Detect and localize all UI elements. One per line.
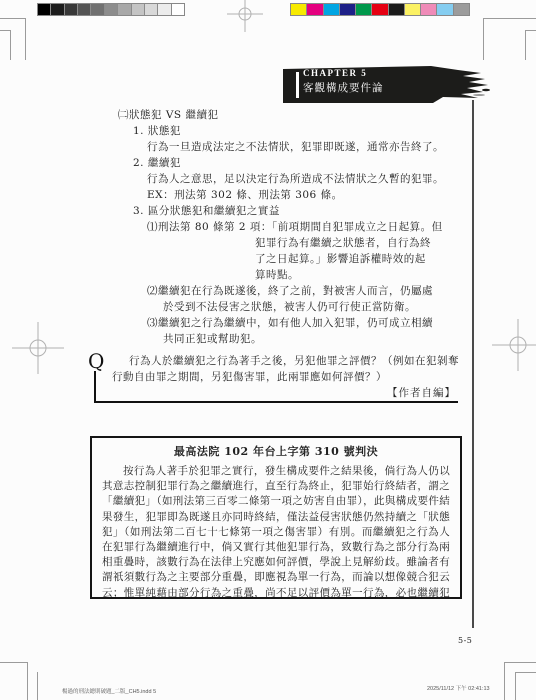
crop-mark	[37, 672, 38, 700]
banner-accent-bar	[296, 72, 299, 98]
color-swatch	[306, 4, 322, 15]
question-q-icon: Q	[88, 349, 104, 373]
outline-line: 行為一旦造成法定之不法情狀，犯罪即既遂，通常亦告終了。	[147, 139, 466, 155]
question-source: 【作者自編】	[387, 385, 456, 400]
outline-line: ㈡狀態犯 VS 繼續犯	[118, 107, 466, 123]
page-edge-rule	[472, 100, 474, 628]
color-swatch	[104, 4, 117, 15]
registration-mark-icon	[490, 317, 536, 373]
crop-mark	[25, 18, 26, 60]
outline-line: 了之日起算。」影響追訴權時效的起	[255, 251, 466, 267]
color-swatch	[453, 4, 469, 15]
crop-mark	[515, 672, 536, 673]
print-slug-filename: 楊過的刑法總則破題_二版_CH5.indd 5	[62, 687, 156, 695]
question-text: 行為人於繼續犯之行為著手之後，另犯他罪之評價？（例如在犯剝奪行動自由罪之期間，另…	[112, 353, 459, 385]
question-rule	[94, 371, 96, 403]
outline-line: 犯罪行為有繼續之狀態者，自行為終	[255, 235, 466, 251]
color-swatch	[355, 4, 371, 15]
crop-mark	[0, 18, 26, 19]
outline-line: 1. 狀態犯	[133, 123, 466, 139]
crop-mark	[515, 672, 516, 700]
crop-mark	[483, 18, 484, 60]
chapter-title: 客觀構成要件論	[303, 80, 384, 95]
outline-line: EX：刑法第 302 條、刑法第 306 條。	[147, 187, 466, 203]
color-swatch	[64, 4, 77, 15]
color-swatch	[50, 4, 63, 15]
registration-mark-icon	[10, 320, 66, 376]
cmyk-color-bar	[290, 3, 470, 16]
grayscale-calibration-bar	[37, 3, 185, 16]
color-swatch	[157, 4, 170, 15]
color-swatch	[117, 4, 130, 15]
scanned-book-page: CHAPTER 5 客觀構成要件論 ㈡狀態犯 VS 繼續犯 1. 狀態犯 行為一…	[0, 0, 536, 700]
judgment-body: 按行為人著手於犯罪之實行，發生構成要件之結果後，倘行為人仍以其意志控制犯罪行為之…	[102, 464, 450, 599]
color-swatch	[291, 4, 306, 15]
color-swatch	[131, 4, 144, 15]
color-swatch	[323, 4, 339, 15]
color-swatch	[339, 4, 355, 15]
judgment-box: 最高法院 102 年台上字第 310 號判決 按行為人著手於犯罪之實行，發生構成…	[90, 436, 462, 599]
crop-mark	[0, 662, 28, 663]
crop-mark	[504, 662, 536, 663]
color-swatch	[404, 4, 420, 15]
crop-mark	[525, 30, 526, 60]
crop-mark	[525, 30, 536, 31]
chapter-label: CHAPTER 5	[303, 68, 367, 78]
question-rule	[94, 401, 458, 403]
color-swatch	[371, 4, 387, 15]
color-swatch	[436, 4, 452, 15]
print-slug-timestamp: 2025/11/12 下午 02:41:13	[427, 684, 490, 692]
outline-line: 於受到不法侵害之狀態，被害人仍可行使正當防衛。	[163, 299, 466, 315]
color-swatch	[90, 4, 103, 15]
outline-section: ㈡狀態犯 VS 繼續犯 1. 狀態犯 行為一旦造成法定之不法情狀，犯罪即既遂，通…	[118, 107, 466, 347]
color-swatch	[388, 4, 404, 15]
outline-line: 共同正犯或幫助犯。	[163, 331, 466, 347]
page-number: 5-5	[458, 636, 472, 645]
judgment-title: 最高法院 102 年台上字第 310 號判決	[92, 443, 460, 459]
color-swatch	[171, 4, 184, 15]
color-swatch	[420, 4, 436, 15]
crop-mark	[483, 18, 536, 19]
color-swatch	[38, 4, 50, 15]
outline-line: ⑵繼續犯在行為既遂後，終了之前，對被害人而言，仍屬處	[147, 283, 466, 299]
crop-mark	[10, 30, 11, 60]
outline-line: 3. 區分狀態犯和繼續犯之實益	[133, 203, 466, 219]
outline-line: ⑶繼續犯之行為繼續中，如有他人加入犯罪，仍可成立相續	[147, 315, 466, 331]
color-swatch	[77, 4, 90, 15]
color-swatch	[144, 4, 157, 15]
outline-line: 算時點。	[255, 267, 466, 283]
crop-mark	[504, 662, 505, 700]
outline-line: ⑴刑法第 80 條第 2 項：「前項期間自犯罪成立之日起算。但	[147, 219, 466, 235]
registration-mark-icon	[225, 0, 265, 34]
outline-line: 2. 繼續犯	[133, 155, 466, 171]
outline-line: 行為人之意思，足以決定行為所造成不法情狀之久暫的犯罪。	[147, 171, 466, 187]
crop-mark	[27, 662, 28, 700]
